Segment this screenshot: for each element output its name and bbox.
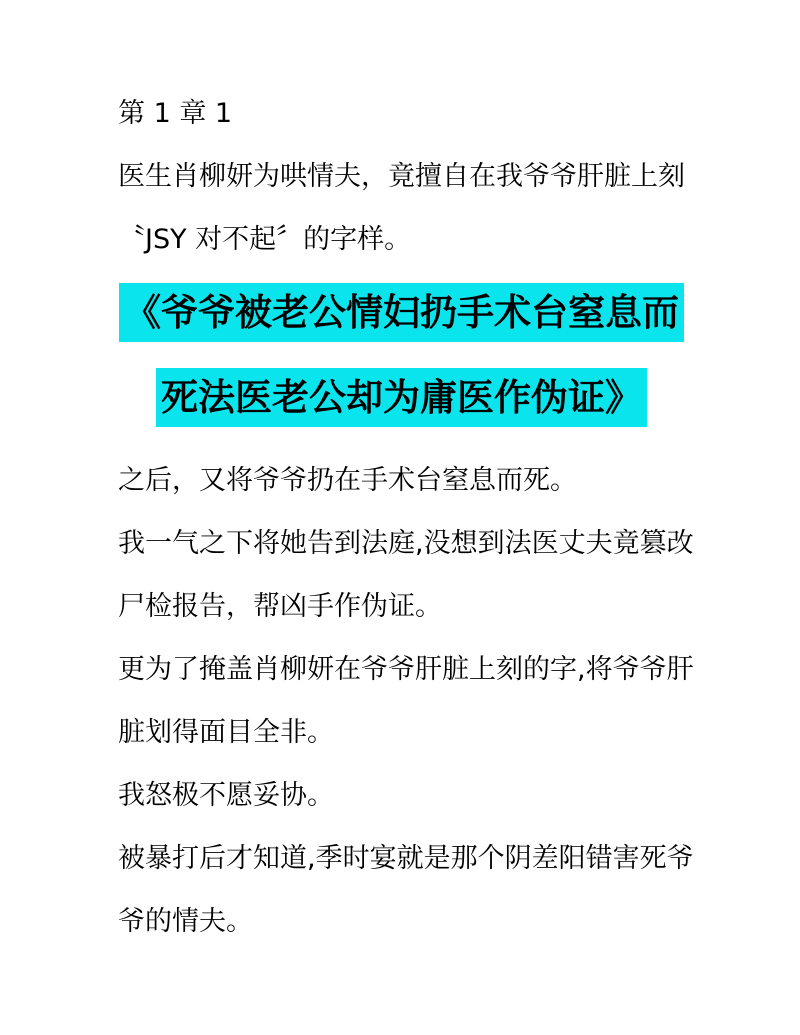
- body-paragraph-line: 我一气之下将她告到法庭,没想到法医丈夫竟篡改: [118, 512, 685, 575]
- body-paragraph-line: 之后，又将爷爷扔在手术台窒息而死。: [118, 449, 685, 512]
- body-paragraph-line: 尸检报告，帮凶手作伪证。: [118, 575, 685, 638]
- title-highlight: 《爷爷被老公情妇扔手术台窒息而: [119, 283, 684, 342]
- body-paragraph-line: 被暴打后才知道,季时宴就是那个阴差阳错害死爷: [118, 827, 685, 890]
- body-paragraph-line: 我怒极不愿妥协。: [118, 764, 685, 827]
- intro-paragraph-line-1: 医生肖柳妍为哄情夫，竟擅自在我爷爷肝脏上刻: [118, 145, 685, 208]
- chapter-title-block: 《爷爷被老公情妇扔手术台窒息而 死法医老公却为庸医作伪证》: [118, 283, 685, 427]
- body-text-block: 之后，又将爷爷扔在手术台窒息而死。 我一气之下将她告到法庭,没想到法医丈夫竟篡改…: [118, 449, 685, 953]
- document-page: 第 1 章 1 医生肖柳妍为哄情夫，竟擅自在我爷爷肝脏上刻 〝JSY 对不起〞的…: [0, 0, 800, 1035]
- body-paragraph-line: 脏划得面目全非。: [118, 701, 685, 764]
- chapter-title-row-2: 死法医老公却为庸医作伪证》: [118, 368, 685, 427]
- intro-paragraph-line-2: 〝JSY 对不起〞的字样。: [118, 208, 685, 271]
- body-paragraph-line: 更为了掩盖肖柳妍在爷爷肝脏上刻的字,将爷爷肝: [118, 638, 685, 701]
- body-paragraph-line: 爷的情夫。: [118, 890, 685, 953]
- title-highlight: 死法医老公却为庸医作伪证》: [156, 368, 647, 427]
- chapter-heading: 第 1 章 1: [118, 82, 685, 145]
- chapter-title-row-1: 《爷爷被老公情妇扔手术台窒息而: [118, 283, 685, 342]
- document-content: 第 1 章 1 医生肖柳妍为哄情夫，竟擅自在我爷爷肝脏上刻 〝JSY 对不起〞的…: [0, 0, 800, 953]
